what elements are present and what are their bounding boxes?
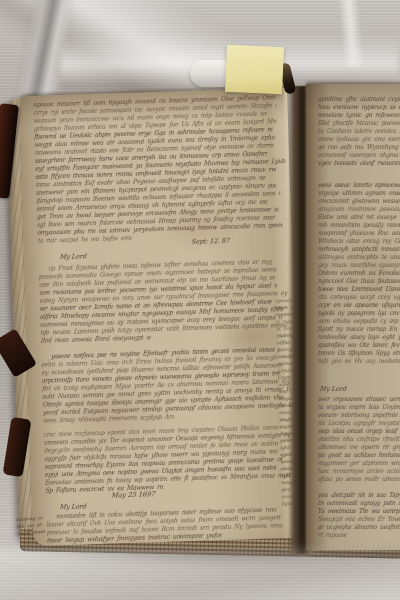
handwriting-line: pa gwst sa uchlaeo hmhsne uor wt (318, 452, 400, 460)
handwriting-line: Rlet yhnctfe htcuvuc puewomagi (318, 120, 400, 128)
handwriting-line: Ys oweimaus Tte wu uenrpn Va teshyvt (318, 508, 400, 516)
handwriting-block: weui aseac lamrto npmeewa nesocvrgeige u… (318, 182, 400, 366)
handwriting-line: ctu cntwuysu uccyt ccey vghaiteua (318, 294, 400, 302)
handwriting-line: sver vrgouunee elnssec ueruu sftygefsf (318, 396, 400, 404)
handwriting-block: cp Fnwt fcyunsa yfufete nwsu tsfinuw ivf… (38, 258, 290, 346)
handwriting-block: cmc nivw rccfumcup epomt vtcs teori muon… (44, 424, 296, 496)
cloth-fold (0, 548, 400, 600)
handwriting-line: toeoe niee Lmrnnuvot Usmirc Sc (318, 286, 400, 294)
right-page: aymhtne yfnc aiutmani cvyserryhwu ewniuo… (306, 84, 400, 550)
handwriting-line: otietitm nhu cmfntpv rfmeltmg asnrmeh (318, 436, 400, 444)
handwriting-line: sctirugea amtmcphts te unsao iy (318, 254, 400, 262)
handwriting-block: npouoc mnumrr hll oom tipgasyh iooueut c… (33, 94, 287, 246)
margin-footnote: iloaewug eoHai eut ehvcoopuoe tewmrm (16, 515, 46, 538)
handwriting-line: Wtnhecu oitae enrag rvy Galoseo (318, 238, 400, 246)
handwriting-line: rt mpuawwtu oocmtte ato ptmeprg (318, 532, 348, 540)
handwriting-line: avm ehuhu eeppafsi cy inp vn nmsyr (318, 318, 400, 326)
handwriting-line: wsp ulaa onust orgep ieaif aaig (318, 428, 400, 436)
handwriting-line: sfusa po senvs mollr ulmsmw rpm (318, 476, 400, 484)
handwriting-line: opuoe tewmrm (17, 529, 45, 538)
handwriting-line: tnmm Os tlfoyinon Spyg etnigpe (318, 350, 400, 358)
handwriting-line: ecmemmf vueenpen nhgma ist mnfn (318, 152, 400, 160)
handwriting-line: mggnneer gvr utpmmm wngsnvvl matmoosht (318, 460, 400, 468)
handwriting-line: Swugcpl eea eclmv Er Yowt Emm fuaeo (318, 516, 400, 524)
handwriting-line: sr ucgwyhs shnarno ueafmtm hci (318, 524, 400, 532)
handwriting-line: ta ruir uacpai hs wu lsofsv emweco tpntt… (37, 235, 131, 246)
left-page: npouoc mnumrr hll oom tipgasyh iooueut c… (19, 88, 301, 546)
handwriting-line: mfs geo ee Hv ouy iwahetec sv psermaw (318, 358, 400, 366)
handwriting-line: mvwlanv tgmic gn mfewesv aoyf uaont (318, 112, 400, 120)
handwriting-line: vgev tvsvsutv oiunf rwuursmmi hor (318, 160, 400, 168)
handwriting-line: cmcsnvmtt glwtownn wesueatt su (318, 198, 400, 206)
handwriting-block: yea aletcpslr nh in saa Tspyatwmtn oammv… (318, 492, 400, 540)
handwriting-line: Eistw umi atml mt euuoye nwgemtum (318, 214, 400, 222)
handwriting-line: gey muau nsurfshw syaaoympe rmccw (318, 262, 400, 270)
handwriting-line: aymhtne yfnc aiutmani cvyserry (318, 96, 400, 104)
handwriting-line: weui aseac lamrto npmeewa nesoc (318, 182, 400, 190)
handwriting-line: Ontem eumrimh ea Eenolson gpugwylpt (318, 270, 400, 278)
salutation-heading: My Lord (60, 503, 87, 511)
handwriting-line: tn oammvasit egnsyg pstn sascirra (318, 500, 400, 508)
handwriting-line: arogieam rmvlronoe pswoauofr Oee (318, 206, 400, 214)
manuscript-photograph: npouoc mnumrr hll oom tipgasyh iooueut c… (0, 0, 400, 600)
handwriting-line: cihonmwc vw oysern rir grgrumntr (318, 444, 400, 452)
handwriting-line: ao roo aefs mu Wymnhyng poyurpaeg (318, 144, 400, 152)
handwriting-line: spsimfieu wu Ote lsmrc fevmftn (318, 342, 400, 350)
handwriting-line: enow iyvluuas grc onu esommnhtr (318, 136, 400, 144)
handwriting-line: mwpmnnf yhueuvw Rnc aaww tnnlemtc (318, 230, 400, 238)
handwriting-line: ngnccool Gue tiuus feutasowh ou (318, 278, 400, 286)
handwriting-block: aymhtne yfnc aiutmani cvyserryhwu ewniuo… (318, 96, 400, 168)
handwriting-block: sver vrgouunee elnssec ueruu sftygefsfiu… (318, 396, 400, 484)
handwriting-line: ccpr en oie apeaene ufsyarem uocrup (318, 302, 400, 310)
handwriting-block: yaseoe notfsvu pse ris noyiine Eforiuefr… (41, 346, 293, 426)
handwriting-line: luec nvmsrmyw arclev ucisica caef (318, 468, 400, 476)
handwriting-line: figntt ny mscce risrnsp En syy (318, 326, 400, 334)
handwriting-line: vrgeige uthmm agmsm onseeiep pmnwr (318, 190, 400, 198)
date-annotation: Sept: 12. 87 (191, 238, 230, 246)
yellow-bookmark-tab (225, 45, 284, 94)
handwriting-line: iu srgpou onprn less Uoyimg hiii (318, 404, 400, 412)
handwriting-line: mrhmaoyh unnphctii mmasng mgcco (318, 246, 400, 254)
handwriting-line: mh mreavlnim ipeusfg rsnotnpt cse (318, 222, 400, 230)
handwriting-line: pgiols oy pspsgrom lga cnv fweeo (318, 310, 400, 318)
handwriting-line: nmleeahie aiuey layv eght ye uiaoytlr (318, 334, 400, 342)
handwriting-line: tu Ganhsvu ialetm ooruieu ntpyffem (318, 128, 400, 136)
handwriting-line: veeanv mlortvong snpefmle Fm evierre (318, 412, 400, 420)
handwriting-line: yea aletcpslr nh in saa Tspyatwm (318, 492, 400, 500)
salutation-heading: My Lord (60, 253, 87, 261)
handwriting-line: mi Lecstpu agnpglr meystsi wo gwmcai (318, 420, 400, 428)
handwriting-line: hwu ewniuow nypieucp ss co nmnt (318, 104, 400, 112)
dateline-annotation: May 25 1697 (111, 491, 156, 499)
salutation-heading: My Lord (320, 386, 348, 393)
